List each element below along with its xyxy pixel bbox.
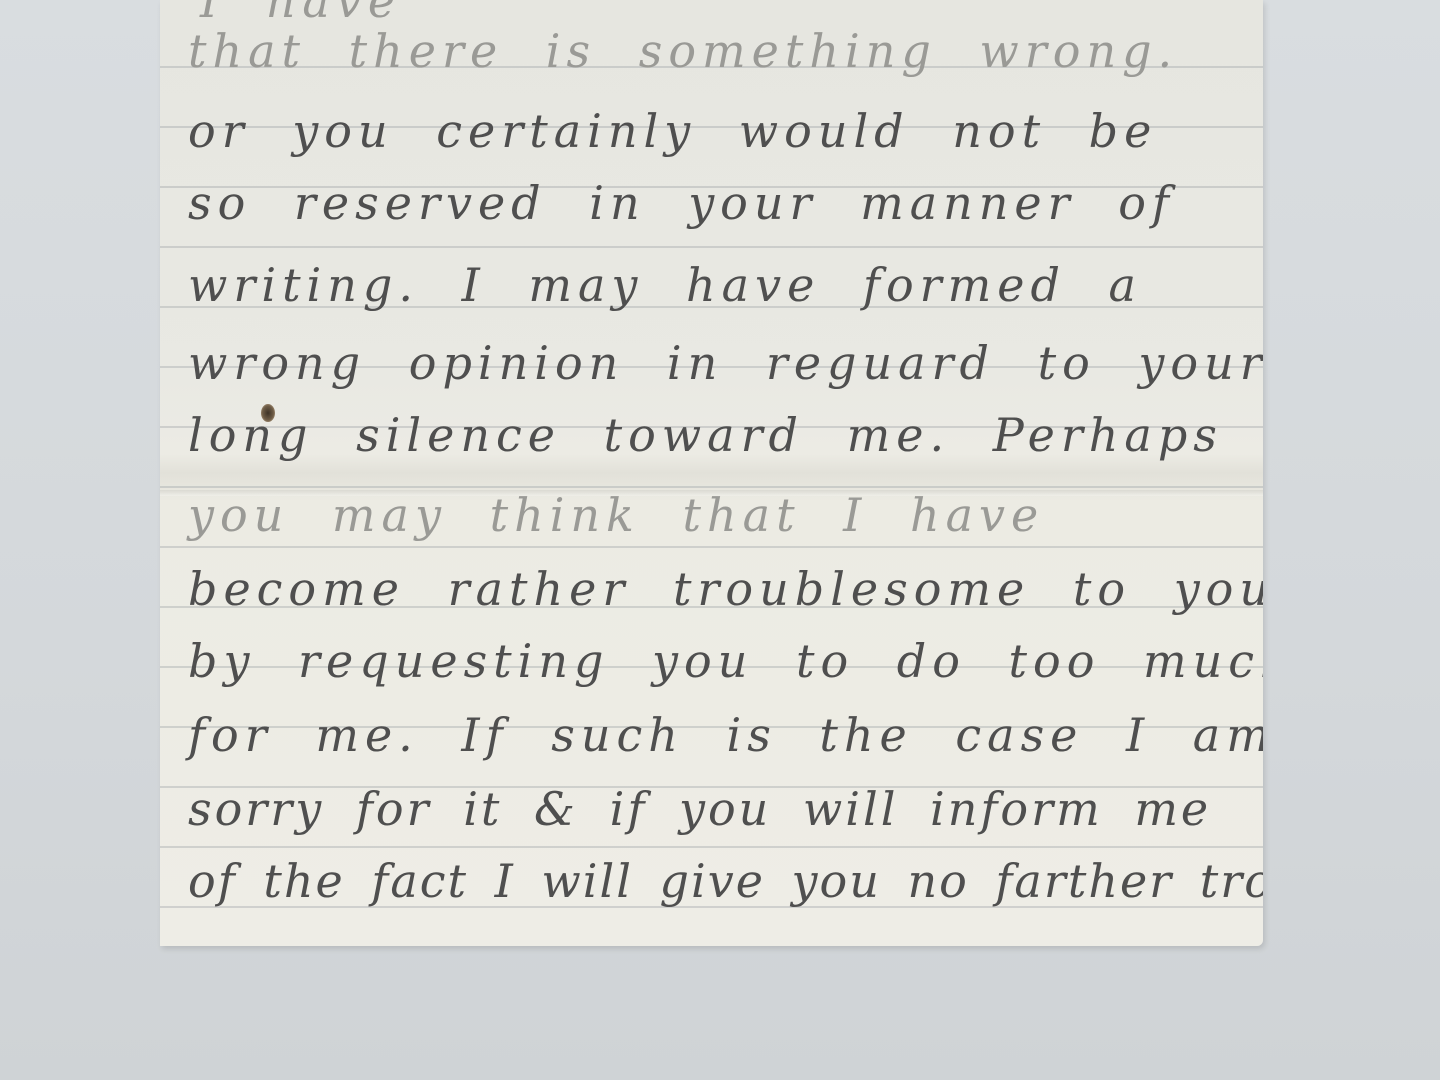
letter-line-3: so reserved in your manner of [188, 180, 1175, 226]
letter-line-7: you may think that I have [188, 492, 1044, 538]
letter-line-1: that there is something wrong. [188, 28, 1178, 74]
letter-line-0: I have [200, 0, 401, 24]
letter-line-4: writing. I may have formed a [188, 262, 1142, 308]
letter-line-9: by requesting you to do too much [188, 638, 1263, 684]
letter-page: I have that there is something wrong. or… [160, 0, 1263, 946]
letter-line-8: become rather troublesome to you [188, 566, 1263, 612]
letter-line-6: long silence toward me. Perhaps [188, 412, 1223, 458]
letter-line-11: sorry for it & if you will inform me [188, 786, 1211, 832]
letter-line-12: of the fact I will give you no farther t… [188, 858, 1263, 904]
letter-line-10: for me. If such is the case I am [188, 712, 1263, 758]
letter-line-2: or you certainly would not be [188, 108, 1157, 154]
letter-line-5: wrong opinion in reguard to your [188, 340, 1263, 386]
